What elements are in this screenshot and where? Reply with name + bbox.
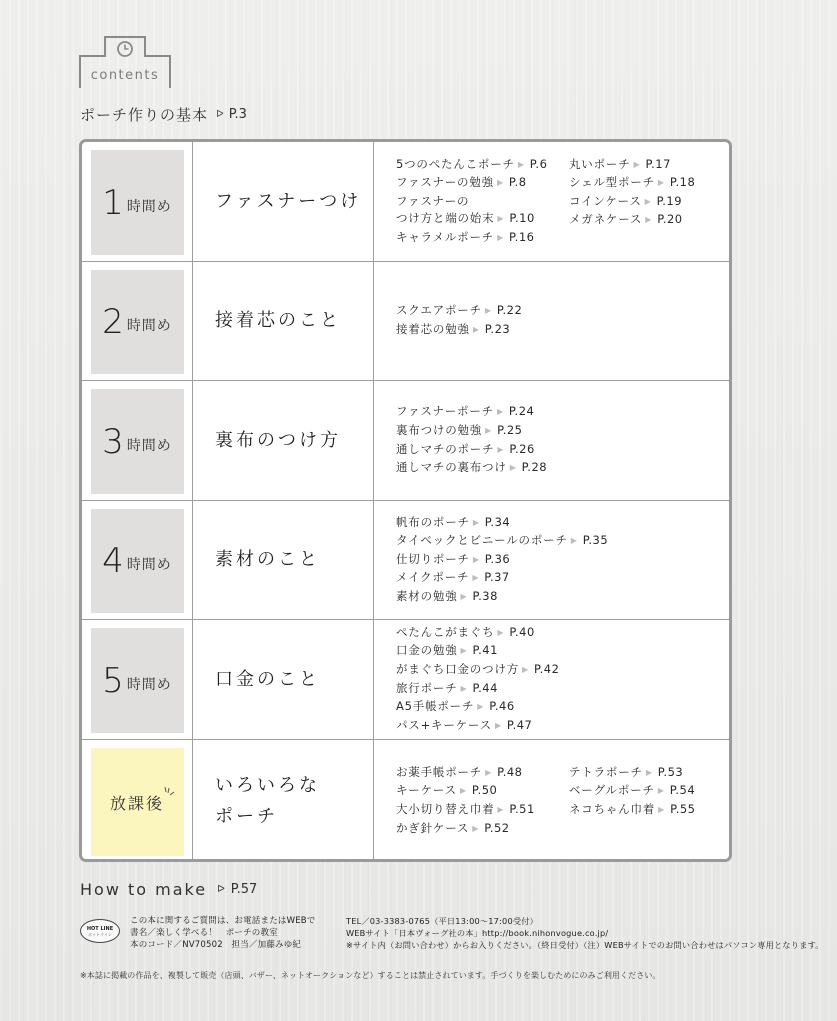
triangle-right-icon: ▶ [634,160,641,169]
toc-item[interactable]: かぎ針ケース▶P.52 [396,820,569,839]
triangle-right-icon: ▶ [497,805,504,814]
toc-row-lesson-4: 4 時間め 素材のこと 帆布のポーチ▶P.34 タイベックとビニールのポーチ▶P… [82,501,729,620]
lesson-number: 4 [102,544,124,578]
toc-row-after-school: 放課後 いろいろな ポーチ お薬手帳ポーチ▶P.48 キーケース▶P.50 大小… [82,740,729,862]
inquiry-info: この本に関するご質問は、お電話またはWEBで 書名／楽しく学べる！ ポーチの教室… [130,916,316,951]
lesson-suffix: 時間め [127,315,172,335]
triangle-right-icon: ▶ [473,555,480,564]
website-note: ※サイト内（お問い合わせ）からお入りください。（終日受付）（注）WEBサイトでの… [346,940,824,952]
triangle-right-icon: ▶ [571,536,578,545]
triangle-right-icon: ▶ [477,702,484,711]
toc-item[interactable]: シェル型ポーチ▶P.18 [569,174,695,193]
toc-item[interactable]: 素材の勉強▶P.38 [396,588,608,607]
toc-item[interactable]: テトラポーチ▶P.53 [569,764,696,783]
lesson-suffix: 時間め [127,435,172,455]
toc-item[interactable]: ファスナーの勉強▶P.8 [396,174,569,193]
contents-badge: contents [79,36,171,88]
toc-table: 1 時間め ファスナーつけ 5つのぺたんこポーチ▶P.6 ファスナーの勉強▶P.… [79,139,732,862]
toc-item[interactable]: お薬手帳ポーチ▶P.48 [396,764,569,783]
toc-item[interactable]: 裏布つけの勉強▶P.25 [396,422,547,441]
section-page[interactable]: P.3 [229,107,247,122]
contents-label: contents [79,68,171,83]
topic-title: いろいろな ポーチ [193,740,374,862]
toc-item[interactable]: スクエアポーチ▶P.22 [396,302,522,321]
triangle-right-icon: ▶ [645,215,652,224]
triangle-right-icon: ▶ [518,160,525,169]
triangle-right-icon: ▶ [497,233,504,242]
contact-info: TEL／03-3383-0765（平日13:00〜17:00受付） WEBサイト… [346,916,824,951]
triangle-right-icon: ▶ [658,786,665,795]
sparkle-icon [162,786,176,798]
triangle-right-icon: ▶ [658,178,665,187]
items-cell: 5つのぺたんこポーチ▶P.6 ファスナーの勉強▶P.8 ファスナーの つけ方と端… [374,142,729,261]
after-school-badge: 放課後 [91,748,184,856]
toc-item[interactable]: 通しマチのポーチ▶P.26 [396,441,547,460]
how-to-make-label: How to make [80,880,207,899]
toc-item[interactable]: ぺたんこがまぐち▶P.40 [396,624,559,643]
triangle-right-icon: ▶ [473,325,480,334]
toc-item[interactable]: メガネケース▶P.20 [569,211,695,230]
triangle-right-icon: ▶ [472,573,479,582]
topic-title: 口金のこと [193,620,374,739]
toc-item[interactable]: コインケース▶P.19 [569,193,695,212]
topic-title: 裏布のつけ方 [193,381,374,500]
items-cell: お薬手帳ポーチ▶P.48 キーケース▶P.50 大小切り替え巾着▶P.51 かぎ… [374,740,729,862]
triangle-right-icon: ▶ [485,768,492,777]
toc-row-lesson-2: 2 時間め 接着芯のこと スクエアポーチ▶P.22 接着芯の勉強▶P.23 [82,262,729,381]
info-line: 書名／楽しく学べる！ ポーチの教室 [130,928,316,940]
lesson-suffix: 時間め [127,554,172,574]
triangle-right-icon: ▶ [495,721,502,730]
toc-item[interactable]: 接着芯の勉強▶P.23 [396,321,522,340]
toc-item[interactable]: 5つのぺたんこポーチ▶P.6 [396,156,569,175]
triangle-right-icon: ▶ [461,592,468,601]
triangle-right-icon: ▶ [522,665,529,674]
triangle-right-icon: ▶ [460,786,467,795]
arrow-right-icon: ᐅ [216,109,225,120]
toc-item[interactable]: ファスナーポーチ▶P.24 [396,403,547,422]
after-school-label: 放課後 [110,791,164,814]
copyright-disclaimer: ※本誌に掲載の作品を、複製して販売（店頭、バザー、ネットオークションなど）するこ… [80,970,661,981]
triangle-right-icon: ▶ [497,445,504,454]
triangle-right-icon: ▶ [461,646,468,655]
lesson-number: 2 [102,305,124,339]
items-cell: ファスナーポーチ▶P.24 裏布つけの勉強▶P.25 通しマチのポーチ▶P.26… [374,381,729,500]
info-line: この本に関するご質問は、お電話またはWEBで [130,916,316,928]
triangle-right-icon: ▶ [646,768,653,777]
lesson-badge: 1 時間め [91,150,184,255]
lesson-badge: 2 時間め [91,270,184,374]
triangle-right-icon: ▶ [461,684,468,693]
lesson-badge: 3 時間め [91,389,184,494]
lesson-badge: 5 時間め [91,628,184,733]
triangle-right-icon: ▶ [473,518,480,527]
triangle-right-icon: ▶ [497,407,504,416]
lesson-cell: 1 時間め [82,142,193,261]
arrow-right-icon: ᐅ [217,884,227,895]
topic-title: 素材のこと [193,501,374,619]
toc-item[interactable]: がまぐち口金のつけ方▶P.42 [396,661,559,680]
triangle-right-icon: ▶ [658,805,665,814]
toc-row-lesson-5: 5 時間め 口金のこと ぺたんこがまぐち▶P.40 口金の勉強▶P.41 がまぐ… [82,620,729,740]
lesson-cell: 放課後 [82,740,193,862]
toc-item[interactable]: タイベックとビニールのポーチ▶P.35 [396,532,608,551]
triangle-right-icon: ▶ [510,463,517,472]
lesson-badge: 4 時間め [91,509,184,613]
items-cell: スクエアポーチ▶P.22 接着芯の勉強▶P.23 [374,262,729,380]
lesson-suffix: 時間め [127,674,172,694]
lesson-number: 5 [102,664,124,698]
how-to-make-page[interactable]: P.57 [231,882,258,897]
toc-item[interactable]: 口金の勉強▶P.41 [396,642,559,661]
lesson-cell: 5 時間め [82,620,193,739]
triangle-right-icon: ▶ [497,628,504,637]
topic-title: ファスナーつけ [193,142,374,261]
hotline-logo: HOT LINE ホットライン [80,919,120,943]
triangle-right-icon: ▶ [497,214,504,223]
toc-item[interactable]: 通しマチの裏布つけ▶P.28 [396,459,547,478]
lesson-cell: 3 時間め [82,381,193,500]
section-title: ポーチ作りの基本 ᐅ P.3 [80,104,247,125]
triangle-right-icon: ▶ [645,197,652,206]
lesson-number: 1 [102,186,124,220]
toc-item[interactable]: 仕切りポーチ▶P.36 [396,551,608,570]
triangle-right-icon: ▶ [497,178,504,187]
items-cell: 帆布のポーチ▶P.34 タイベックとビニールのポーチ▶P.35 仕切りポーチ▶P… [374,501,729,619]
info-line: 本のコード／NV70502 担当／加藤みゆ紀 [130,940,316,952]
toc-item[interactable]: つけ方と端の始末▶P.10 [396,210,569,229]
toc-row-lesson-3: 3 時間め 裏布のつけ方 ファスナーポーチ▶P.24 裏布つけの勉強▶P.25 … [82,381,729,501]
how-to-make-heading: How to make ᐅ P.57 [80,880,257,899]
toc-item[interactable]: A5手帳ポーチ▶P.46 [396,698,559,717]
section-title-text: ポーチ作りの基本 [80,104,208,125]
toc-item[interactable]: ファスナーの [396,193,569,211]
toc-item[interactable]: 丸いポーチ▶P.17 [569,156,695,175]
lesson-cell: 4 時間め [82,501,193,619]
toc-item[interactable]: キーケース▶P.50 [396,782,569,801]
toc-row-lesson-1: 1 時間め ファスナーつけ 5つのぺたんこポーチ▶P.6 ファスナーの勉強▶P.… [82,142,729,262]
toc-item[interactable]: 帆布のポーチ▶P.34 [396,514,608,533]
phone-line: TEL／03-3383-0765（平日13:00〜17:00受付） [346,916,824,928]
triangle-right-icon: ▶ [485,426,492,435]
topic-title: 接着芯のこと [193,262,374,380]
toc-item[interactable]: ネコちゃん巾着▶P.55 [569,801,696,820]
toc-item[interactable]: ベーグルポーチ▶P.54 [569,782,696,801]
lesson-number: 3 [102,425,124,459]
toc-item[interactable]: 旅行ポーチ▶P.44 [396,680,559,699]
website-line[interactable]: WEBサイト「日本ヴォーグ社の本」http://book.nihonvogue.… [346,928,824,940]
toc-item[interactable]: キャラメルポーチ▶P.16 [396,229,569,248]
lesson-suffix: 時間め [127,196,172,216]
lesson-cell: 2 時間め [82,262,193,380]
toc-item[interactable]: メイクポーチ▶P.37 [396,569,608,588]
items-cell: ぺたんこがまぐち▶P.40 口金の勉強▶P.41 がまぐち口金のつけ方▶P.42… [374,620,729,739]
toc-item[interactable]: パス+キーケース▶P.47 [396,717,559,736]
triangle-right-icon: ▶ [472,824,479,833]
toc-item[interactable]: 大小切り替え巾着▶P.51 [396,801,569,820]
triangle-right-icon: ▶ [485,306,492,315]
